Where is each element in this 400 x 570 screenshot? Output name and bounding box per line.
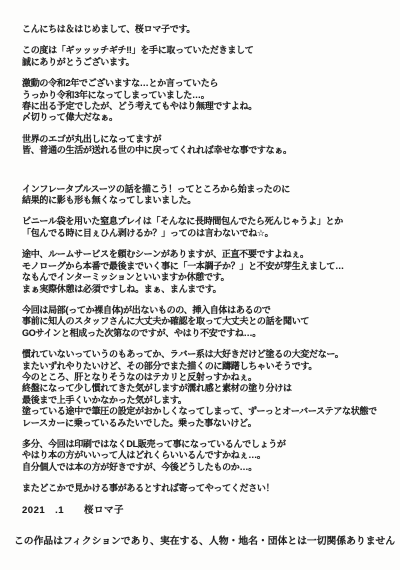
paragraph: 多分、今回は印刷ではなくDL販売って事になっているんでしょうがやはり本の方がいい… bbox=[22, 439, 392, 473]
paragraph: ビニール袋を用いた窒息プレイは「そんなに長時間包んでたら死んじゃうよ」とか「包ん… bbox=[22, 216, 392, 239]
text-line: 今のところ、肝となりそうなのはテカリと反射っすかねぇ。 bbox=[22, 372, 392, 383]
text-line: またどこかで見かける事があるとすれば寄ってやってください！ bbox=[22, 483, 392, 494]
text-line: 終盤になって少し慣れてきた気がしますが濡れ感と素材の塗り分けは bbox=[22, 383, 392, 394]
paragraph: こんにちは＆はじめまして、桜ロマ子です。 bbox=[22, 24, 392, 35]
paragraph: 途中、ルームサービスを頼むシーンがありますが、正直不要ですよねぇ。モノローグから… bbox=[22, 249, 392, 295]
text-line: 事前に知人のスタッフさんに大丈夫か確認を取って大丈夫との話を聞いて bbox=[22, 316, 392, 327]
text-line: こんにちは＆はじめまして、桜ロマ子です。 bbox=[22, 24, 392, 35]
text-line: うっかり令和3年になってしまっていました…。 bbox=[22, 90, 392, 101]
paragraph: 慣れていないっていうのもあってか、ラバー系は大好きだけど塗るの大変だなー。またい… bbox=[22, 349, 392, 429]
paragraph: この度は「ギッッッチギチ!!」を手に取っていただきまして誠にありがとうございます… bbox=[22, 45, 392, 68]
text-line: 最後まで上手くいかなかった気がします。 bbox=[22, 395, 392, 406]
text-line: 世界のエゴが丸出しになってますが bbox=[22, 134, 392, 145]
text-line: まぁ実際休憩は必須ですしね。まぁ、まんまです。 bbox=[22, 284, 392, 295]
text-line: またいずれやりたいけど、その部分でまた描くのに躊躇しちゃいそうです。 bbox=[22, 361, 392, 372]
paragraph: インフレータブルスーツの話を描こう！ってところから始まったのに結果的に影も形も無… bbox=[22, 184, 392, 207]
text-line: 誠にありがとうございます。 bbox=[22, 57, 392, 68]
text-line: 〆切りって偉大だなぁ。 bbox=[22, 112, 392, 123]
text-line: やはり本の方がいいって人はどれくらいいるんですかねぇ…。 bbox=[22, 450, 392, 461]
text-line: レースカーに乗っているみたいでした。乗った事ないけど。 bbox=[22, 418, 392, 429]
text-line: 慣れていないっていうのもあってか、ラバー系は大好きだけど塗るの大変だなー。 bbox=[22, 349, 392, 360]
text-line: ビニール袋を用いた窒息プレイは「そんなに長時間包んでたら死んじゃうよ」とか bbox=[22, 216, 392, 227]
paragraph: 今回は局部(ってか裸自体)が出ないものの、挿入自体はあるので事前に知人のスタッフ… bbox=[22, 305, 392, 339]
text-line: 皆、普通の生活が送れる世の中に戻ってくれれば幸せな事ですなぁ。 bbox=[22, 145, 392, 156]
paragraph: またどこかで見かける事があるとすれば寄ってやってください！ bbox=[22, 483, 392, 494]
text-line: 激動の令和2年でございますな…とか言っていたら bbox=[22, 78, 392, 89]
text-line: 結果的に影も形も無くなってしまいました。 bbox=[22, 195, 392, 206]
text-line: インフレータブルスーツの話を描こう！ってところから始まったのに bbox=[22, 184, 392, 195]
text-line: この度は「ギッッッチギチ!!」を手に取っていただきまして bbox=[22, 45, 392, 56]
text-line: 多分、今回は印刷ではなくDL販売って事になっているんでしょうが bbox=[22, 439, 392, 450]
text-line: 「包んでる時に目ぇひん剥けるか？」ってのは言わないでね☆。 bbox=[22, 228, 392, 239]
paragraph: 激動の令和2年でございますな…とか言っていたらうっかり令和3年になってしまってい… bbox=[22, 78, 392, 124]
text-line: 春に出る予定でしたが、どう考えてもやはり無理ですよね。 bbox=[22, 101, 392, 112]
text-line: 今回は局部(ってか裸自体)が出ないものの、挿入自体はあるので bbox=[22, 305, 392, 316]
text-line: 途中、ルームサービスを頼むシーンがありますが、正直不要ですよねぇ。 bbox=[22, 249, 392, 260]
afterword-paragraphs: こんにちは＆はじめまして、桜ロマ子です。この度は「ギッッッチギチ!!」を手に取っ… bbox=[22, 24, 392, 495]
afterword-text-block: こんにちは＆はじめまして、桜ロマ子です。この度は「ギッッッチギチ!!」を手に取っ… bbox=[0, 0, 400, 547]
disclaimer-text: この作品はフィクションであり、実在する、人物・地名・団体とは一切関係ありません bbox=[14, 536, 392, 547]
text-line: GOサインと相成った次第なのですが、やはり不安ですね…。 bbox=[22, 328, 392, 339]
text-line: なもんでインターミッションといいますか休憩です。 bbox=[22, 272, 392, 283]
afterword-page: こんにちは＆はじめまして、桜ロマ子です。この度は「ギッッッチギチ!!」を手に取っ… bbox=[0, 0, 400, 570]
paragraph: 世界のエゴが丸出しになってますが皆、普通の生活が送れる世の中に戻ってくれれば幸せ… bbox=[22, 134, 392, 157]
text-line: 塗っている途中で筆圧の設定がおかしくなってしまって、ずーっとオーバーステアな状態… bbox=[22, 406, 392, 417]
text-line: 自分個人では本の方が好きですが、今後どうしたものか…。 bbox=[22, 462, 392, 473]
text-line: モノローグから本番で最後までいく事に「一本調子か？」と不安が芽生えまして… bbox=[22, 261, 392, 272]
signature-line: 2021 .1 桜ロマ子 bbox=[22, 505, 392, 516]
